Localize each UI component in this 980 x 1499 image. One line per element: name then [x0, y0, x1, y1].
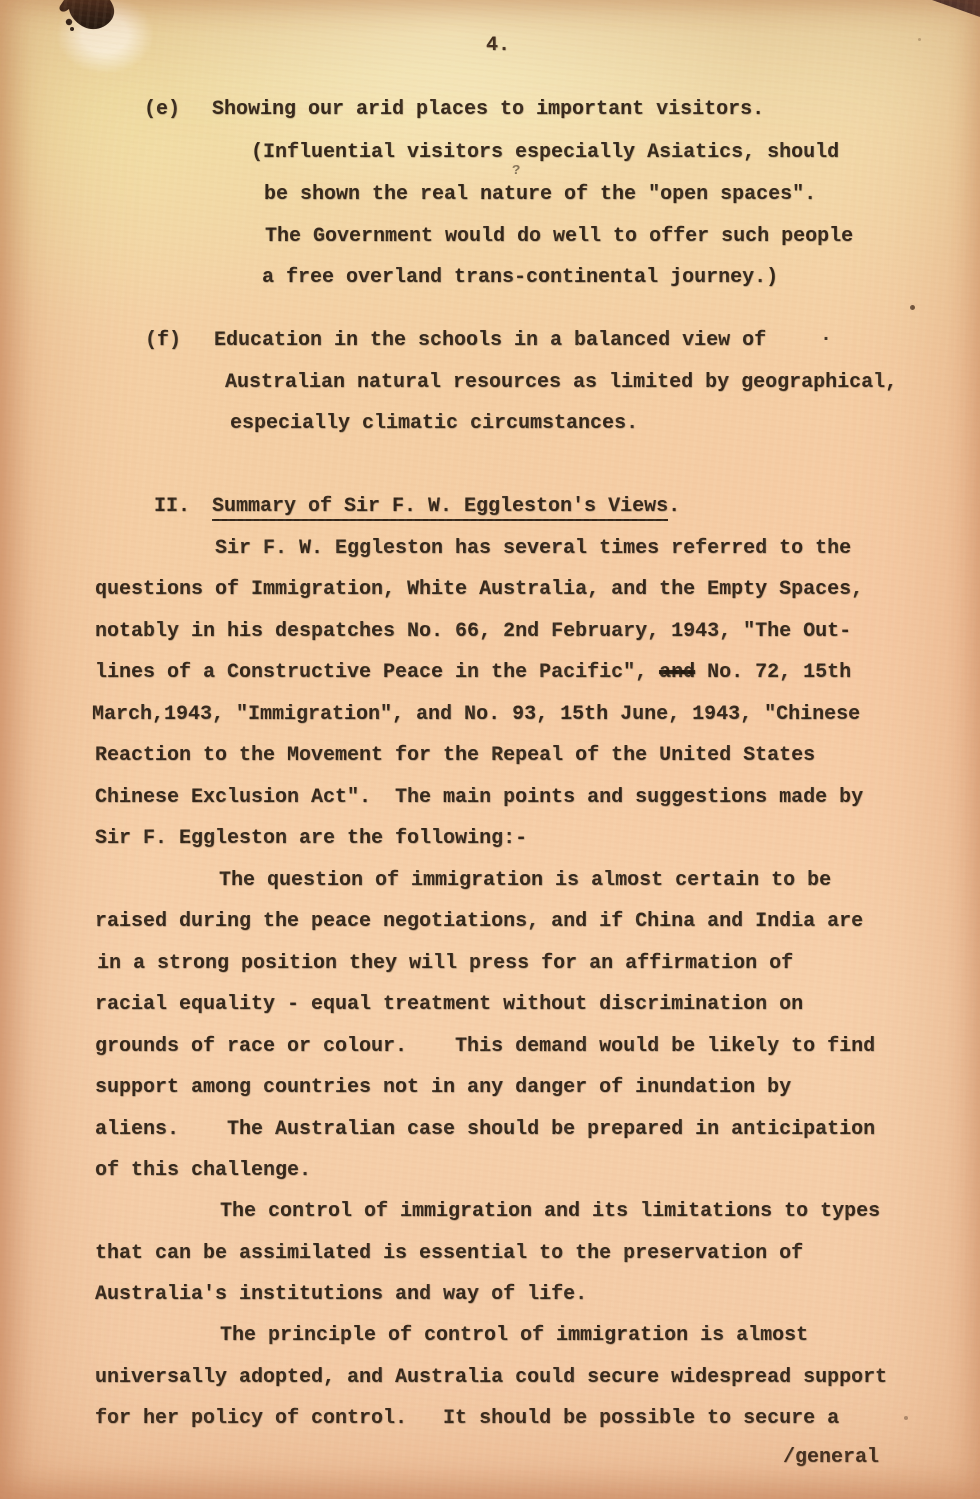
speck	[910, 305, 915, 310]
typed-line: Chinese Exclusion Act". The main points …	[95, 785, 863, 811]
typed-line: Sir F. Eggleston are the following:-	[95, 826, 527, 852]
section-heading: Summary of Sir F. W. Eggleston's Views.	[212, 494, 680, 520]
speck	[904, 1416, 908, 1420]
item-f-intro: Education in the schools in a balanced v…	[214, 328, 766, 354]
section-heading-text: Summary of Sir F. W. Eggleston's Views	[212, 495, 668, 521]
typed-line: The control of immigration and its limit…	[220, 1199, 880, 1225]
typed-line: be shown the real nature of the "open sp…	[264, 182, 816, 208]
line-post: No. 72, 15th	[695, 661, 851, 684]
page-number: 4.	[486, 33, 510, 59]
typed-line: The question of immigration is almost ce…	[219, 868, 831, 894]
typed-line: March,1943, "Immigration", and No. 93, 1…	[92, 702, 860, 728]
section-numeral: II.	[154, 494, 190, 520]
typed-line: Reaction to the Movement for the Repeal …	[95, 743, 815, 769]
speck	[918, 38, 921, 41]
section-heading-period: .	[668, 495, 680, 518]
punch-hole-icon	[48, 0, 140, 60]
item-f-marker: (f)	[145, 328, 181, 354]
item-e-marker: (e)	[144, 97, 180, 123]
typed-line: racial equality - equal treatment withou…	[95, 992, 803, 1018]
typed-line: a free overland trans-continental journe…	[262, 265, 778, 291]
struck-word-and: and	[659, 661, 695, 684]
typed-line: in a strong position they will press for…	[97, 951, 793, 977]
typed-line: The principle of control of immigration …	[220, 1323, 808, 1349]
item-e-intro: Showing our arid places to important vis…	[212, 97, 764, 123]
typed-line: of this challenge.	[95, 1158, 311, 1184]
stray-typed-mark: ?	[512, 163, 520, 179]
typed-line: Australia's institutions and way of life…	[95, 1282, 587, 1308]
catchword: /general	[783, 1445, 879, 1471]
typed-line: questions of Immigration, White Australi…	[95, 577, 863, 603]
typed-line: notably in his despatches No. 66, 2nd Fe…	[95, 619, 851, 645]
typed-line: universally adopted, and Australia could…	[95, 1365, 887, 1391]
line-pre: lines of a Constructive Peace in the Pac…	[95, 661, 659, 684]
scanned-document-page: 4. (e) Showing our arid places to import…	[0, 0, 980, 1499]
typed-line: lines of a Constructive Peace in the Pac…	[95, 660, 851, 686]
corner-shadow	[932, 0, 980, 17]
stray-dot: .	[820, 324, 832, 347]
typed-line: The Government would do well to offer su…	[265, 224, 853, 250]
typed-line: aliens. The Australian case should be pr…	[95, 1117, 875, 1143]
typed-line: Sir F. W. Eggleston has several times re…	[215, 536, 851, 562]
typed-line: grounds of race or colour. This demand w…	[95, 1034, 875, 1060]
typed-line: that can be assimilated is essential to …	[95, 1241, 803, 1267]
typed-line: especially climatic circumstances.	[230, 411, 638, 437]
typed-line: for her policy of control. It should be …	[95, 1406, 839, 1432]
typed-line: Australian natural resources as limited …	[225, 370, 897, 396]
typed-line: support among countries not in any dange…	[95, 1075, 791, 1101]
typed-line: raised during the peace negotiations, an…	[95, 909, 863, 935]
typed-line: (Influential visitors especially Asiatic…	[251, 140, 839, 166]
